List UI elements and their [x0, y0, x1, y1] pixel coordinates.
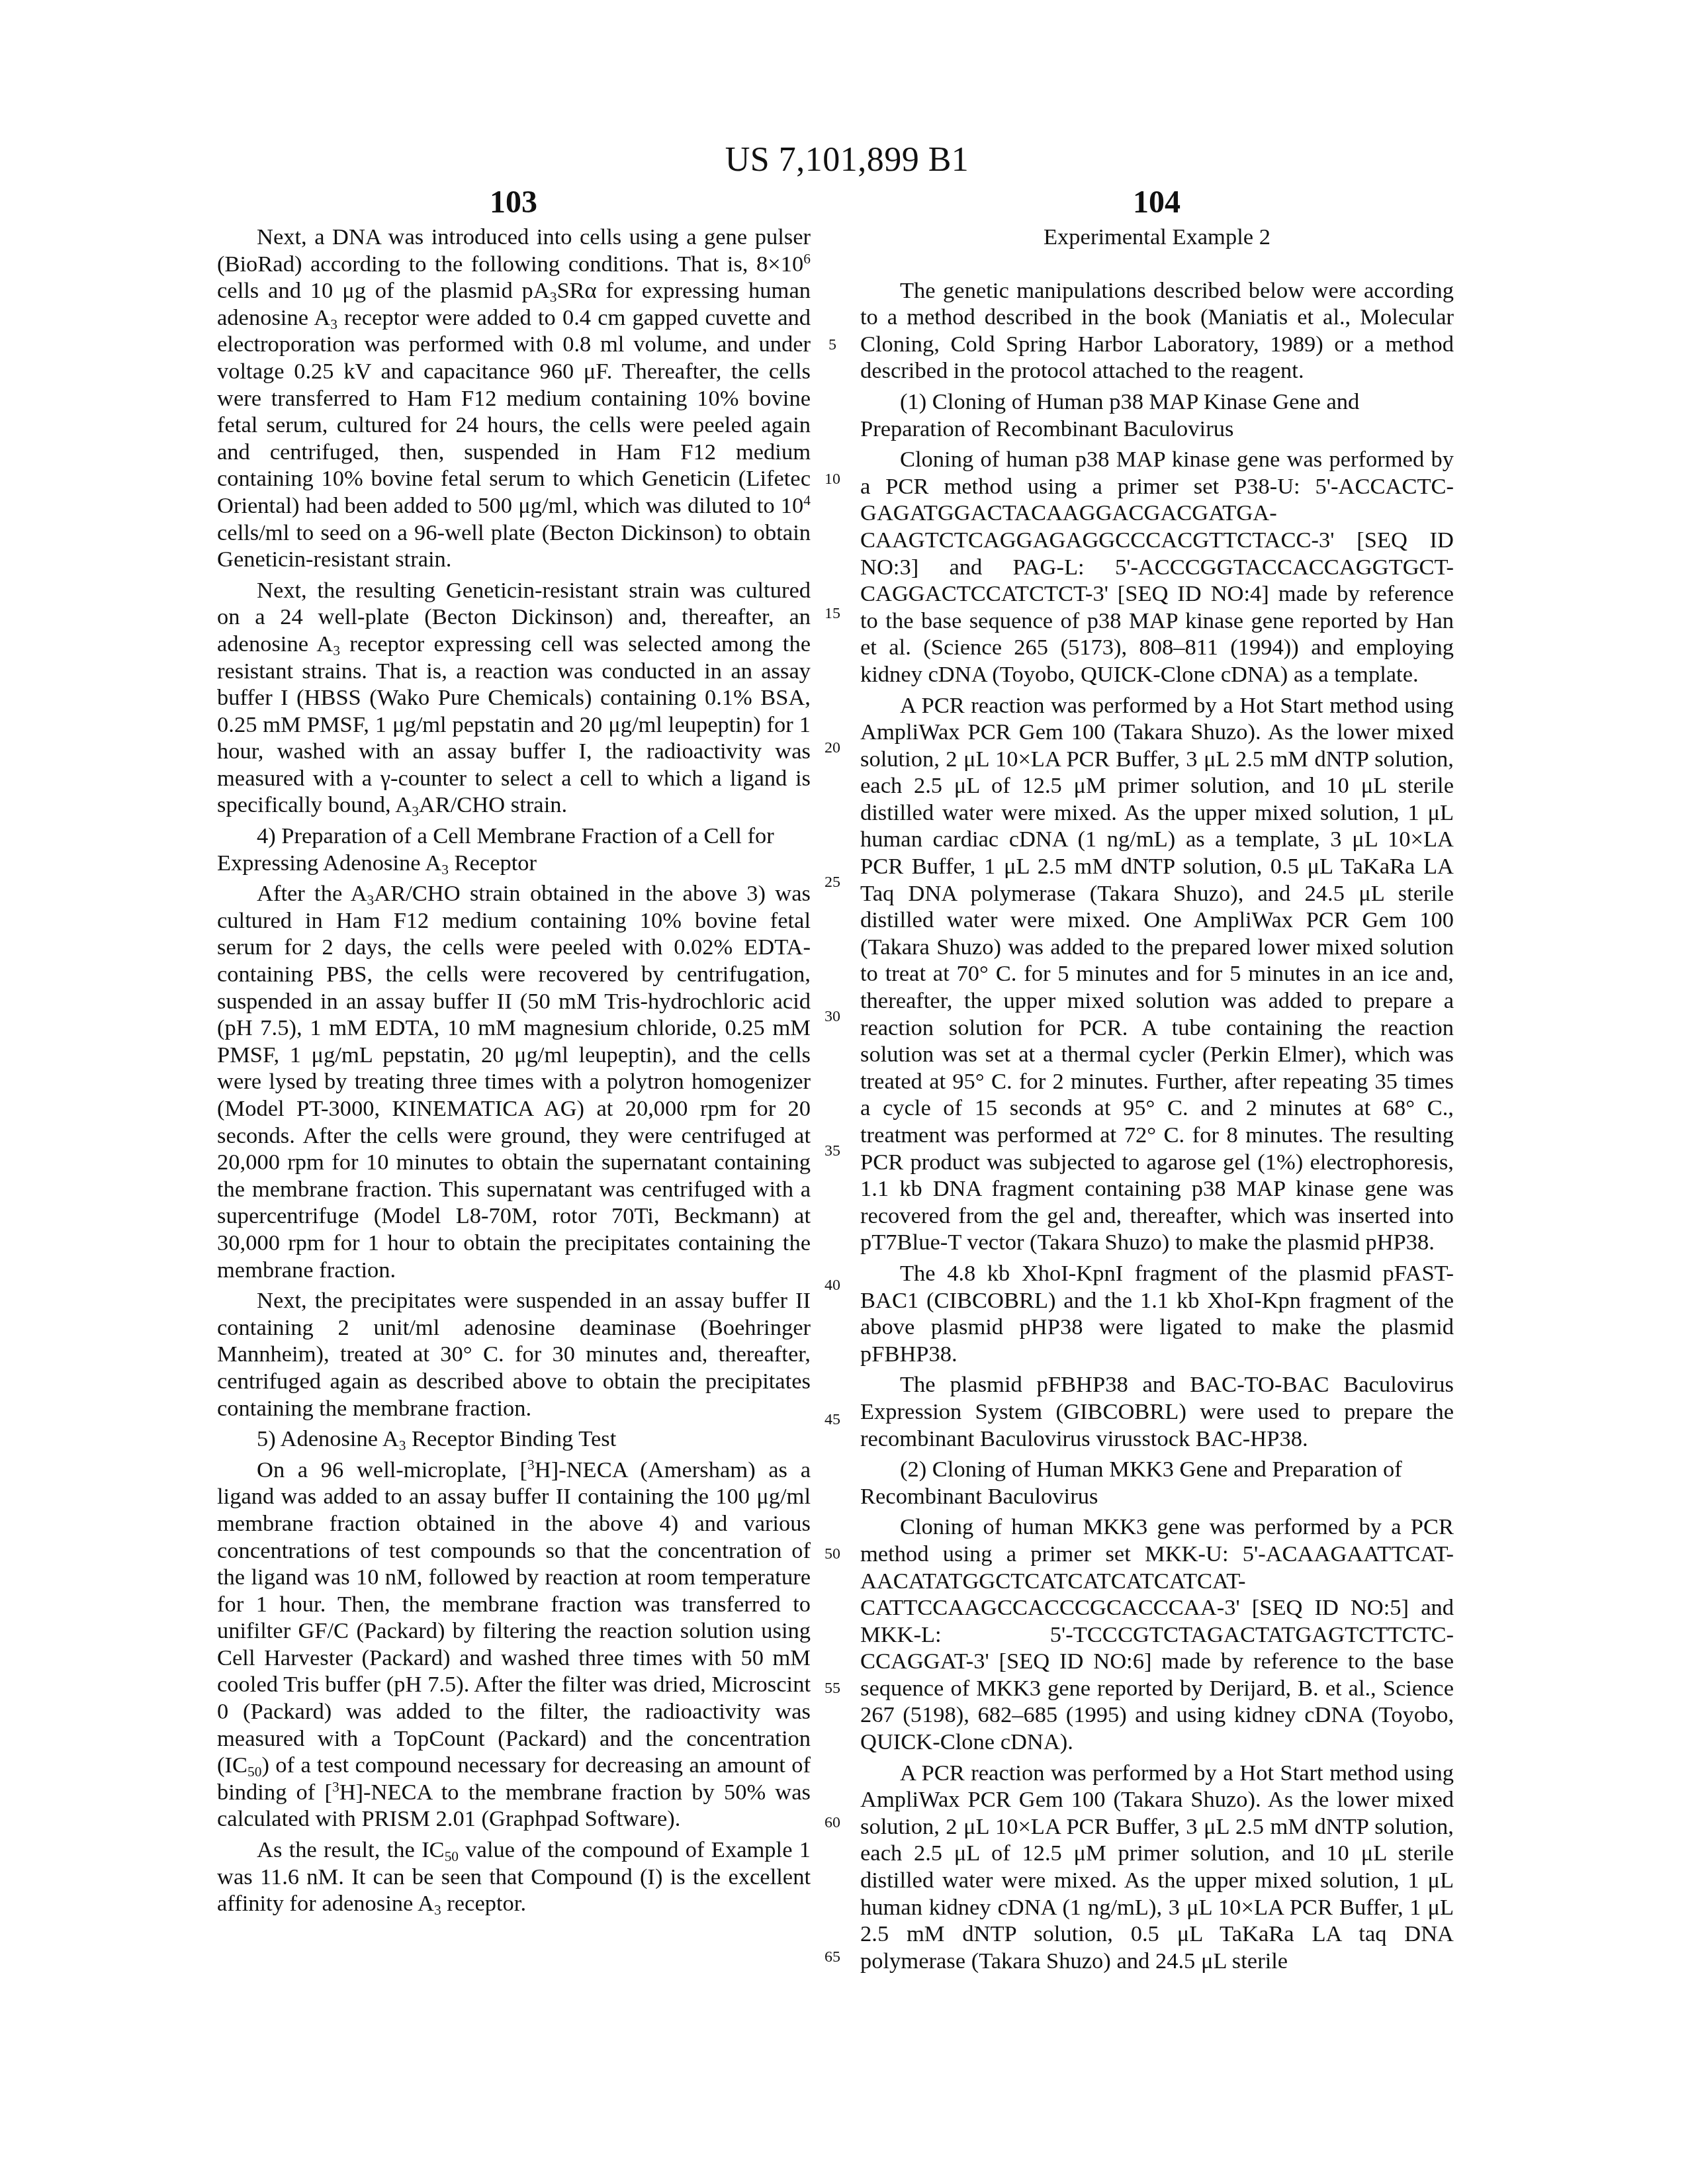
line-number: 50 — [818, 1545, 847, 1563]
section-heading: 4) Preparation of a Cell Membrane Fracti… — [217, 823, 811, 876]
paragraph: Cloning of human MKK3 gene was performed… — [860, 1514, 1454, 1755]
line-number: 60 — [818, 1814, 847, 1832]
paragraph: On a 96 well-microplate, [3H]-NECA (Amer… — [217, 1457, 811, 1833]
column-number-right: 104 — [1091, 184, 1223, 220]
paragraph: After the A3AR/CHO strain obtained in th… — [217, 880, 811, 1283]
line-number: 15 — [818, 605, 847, 623]
line-number: 35 — [818, 1142, 847, 1160]
paragraph: The plasmid pFBHP38 and BAC-TO-BAC Bacul… — [860, 1371, 1454, 1452]
line-number: 10 — [818, 471, 847, 488]
section-heading: (1) Cloning of Human p38 MAP Kinase Gene… — [860, 388, 1454, 442]
paragraph: Next, the precipitates were suspended in… — [217, 1287, 811, 1422]
paragraph: The 4.8 kb XhoI-KpnI fragment of the pla… — [860, 1260, 1454, 1367]
paragraph: The genetic manipulations described belo… — [860, 277, 1454, 385]
section-heading: 5) Adenosine A3 Receptor Binding Test — [217, 1426, 811, 1453]
line-number: 45 — [818, 1411, 847, 1429]
section-heading: (2) Cloning of Human MKK3 Gene and Prepa… — [860, 1456, 1454, 1510]
column-number-left: 103 — [447, 184, 580, 220]
line-number: 20 — [818, 739, 847, 757]
line-number: 65 — [818, 1948, 847, 1966]
patent-number: US 7,101,899 B1 — [0, 140, 1694, 179]
line-number: 5 — [818, 336, 847, 354]
line-number-gutter: 5101520253035404550556065 — [818, 0, 847, 2184]
line-number: 25 — [818, 874, 847, 891]
line-number: 30 — [818, 1008, 847, 1026]
paragraph: As the result, the IC50 value of the com… — [217, 1837, 811, 1917]
paragraph: Next, a DNA was introduced into cells us… — [217, 224, 811, 573]
line-number: 40 — [818, 1277, 847, 1295]
right-text-column: Experimental Example 2 The genetic manip… — [860, 224, 1454, 1978]
paragraph: A PCR reaction was performed by a Hot St… — [860, 1760, 1454, 1975]
section-title: Experimental Example 2 — [860, 224, 1454, 251]
paragraph: Next, the resulting Geneticin-resistant … — [217, 577, 811, 819]
left-text-column: Next, a DNA was introduced into cells us… — [217, 224, 811, 1921]
paragraph: Cloning of human p38 MAP kinase gene was… — [860, 446, 1454, 688]
paragraph: A PCR reaction was performed by a Hot St… — [860, 692, 1454, 1256]
line-number: 55 — [818, 1680, 847, 1698]
